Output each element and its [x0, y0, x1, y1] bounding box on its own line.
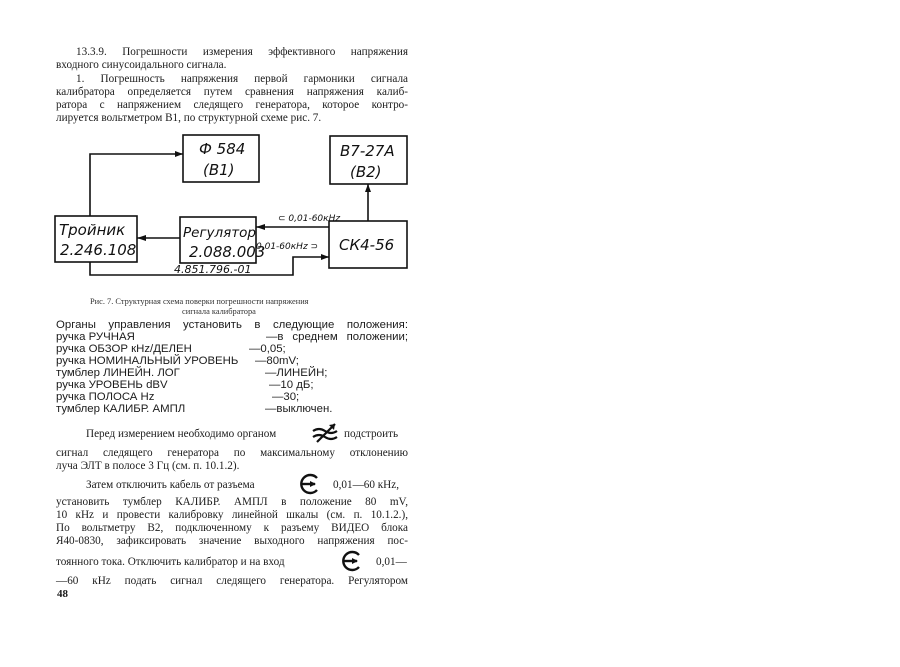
setting-value: —ЛИНЕЙН; — [265, 367, 327, 379]
arrow-head — [256, 224, 265, 230]
block-b7-title: В7-27А — [340, 142, 395, 160]
wire-troinik-f584 — [90, 154, 183, 216]
paragraph-3-line-2: установить тумблер КАЛИБР. АМПЛ в положе… — [56, 496, 408, 509]
setting-control: ручка ОБЗОР кHz/ДЕЛЕН — [56, 343, 192, 355]
block-regulator-number: 2.088.003 — [189, 243, 265, 261]
block-b7-subtitle: (В2) — [350, 163, 382, 181]
paragraph-3-line-3: 10 кHz и провести калибровку линейной шк… — [56, 509, 408, 522]
paragraph-1-line-3: ратора с напряжением следящего генератор… — [56, 99, 408, 112]
arrow-head — [175, 151, 183, 157]
paragraph-3-end: 0,01—60 кHz, — [333, 479, 399, 492]
block-troinik-title: Тройник — [59, 221, 125, 239]
label-cable-number: 4.851.796.-01 — [174, 263, 251, 276]
setting-value: —10 дБ; — [269, 379, 314, 391]
document-page: 13.3.9. Погрешности измерения эффективно… — [0, 0, 900, 667]
figure-caption-line-2: сигнала калибратора — [182, 307, 256, 317]
setting-control: ручка НОМИНАЛЬНЫЙ УРОВЕНЬ — [56, 355, 238, 367]
paragraph-2-end: подстроить — [344, 428, 398, 441]
paragraph-1-line-1: 1. Погрешность напряжения первой гармони… — [56, 73, 408, 86]
setting-value: —в среднем положении; — [266, 331, 408, 343]
setting-control: ручка ПОЛОСА Hz — [56, 391, 154, 403]
setting-value: —30; — [272, 391, 299, 403]
figure-caption-line-1: Рис. 7. Структурная схема поверки погреш… — [90, 297, 309, 307]
label-in-frequency: 0,01-60кHz ⊃ — [256, 242, 318, 252]
paragraph-3-start: Затем отключить кабель от разъема — [86, 479, 255, 492]
block-regulator-title: Регулятор — [183, 225, 256, 241]
paragraph-3-line-6-end: 0,01— — [376, 556, 407, 569]
input-connector-icon — [298, 472, 322, 496]
page-number: 48 — [57, 588, 68, 600]
label-out-frequency: ⊂ 0,01-60кHz — [278, 214, 340, 224]
paragraph-1-line-2: калибратора определяется путем сравнения… — [56, 86, 408, 99]
block-ck4-title: СК4-56 — [339, 236, 394, 254]
tuning-knob-icon — [311, 422, 343, 444]
input-connector-icon — [340, 549, 364, 573]
section-heading-line-2: входного синусоидального сигнала. — [56, 59, 408, 72]
settings-intro: Органы управления установить в следующие… — [56, 319, 408, 331]
setting-control: тумблер КАЛИБР. АМПЛ — [56, 403, 185, 415]
arrow-head — [365, 184, 371, 192]
setting-control: ручка УРОВЕНЬ dBV — [56, 379, 168, 391]
setting-control: тумблер ЛИНЕЙН. ЛОГ — [56, 367, 180, 379]
arrow-head — [321, 254, 329, 260]
setting-value: —0,05; — [249, 343, 286, 355]
section-heading-line-1: 13.3.9. Погрешности измерения эффективно… — [56, 46, 408, 59]
paragraph-3-line-5: Я40-0830, зафиксировать значение выходно… — [56, 535, 408, 548]
setting-value: —выключен. — [265, 403, 332, 415]
setting-control: ручка РУЧНАЯ — [56, 331, 135, 343]
paragraph-3-line-7: —60 кHz подать сигнал следящего генерато… — [56, 575, 408, 588]
paragraph-2-line-2: сигнал следящего генератора по максималь… — [56, 447, 408, 460]
paragraph-1-line-4: лируется вольтметром В1, по структурной … — [56, 112, 408, 125]
arrow-head — [137, 235, 146, 241]
paragraph-3-line-4: По вольтметру В2, подключенному к разъем… — [56, 522, 408, 535]
block-diagram: Ф 584 (В1) В7-27А (В2) Тройник 2.246.108… — [50, 128, 420, 288]
paragraph-3-line-6-start: тоянного тока. Отключить калибратор и на… — [56, 556, 285, 569]
block-troinik-number: 2.246.108 — [60, 241, 136, 259]
setting-value: —80mV; — [255, 355, 299, 367]
paragraph-2-line-3: луча ЭЛТ в полосе 3 Гц (см. п. 10.1.2). — [56, 460, 408, 473]
block-f584-title: Ф 584 — [199, 140, 245, 158]
block-f584-subtitle: (В1) — [203, 161, 235, 179]
paragraph-2-start: Перед измерением необходимо органом — [86, 428, 276, 441]
